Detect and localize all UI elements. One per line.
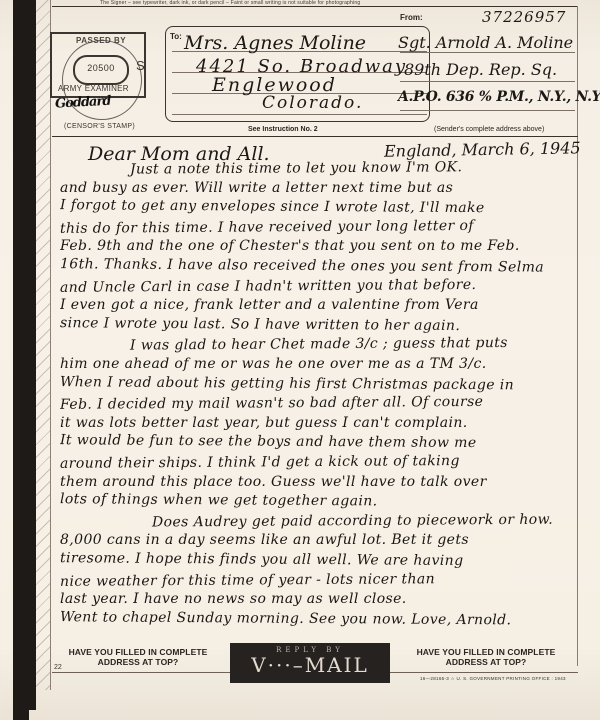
letter-line: I was glad to hear Chet made 3/c ; guess…	[60, 334, 600, 354]
to-label: To:	[170, 32, 182, 41]
letter-line: him one ahead of me or was he one over m…	[60, 356, 580, 372]
stamp-letter: S	[136, 58, 145, 73]
letter-line: I forgot to get any envelopes since I wr…	[60, 197, 580, 217]
footer-address-reminder-right: HAVE YOU FILLED IN COMPLETE ADDRESS AT T…	[416, 647, 556, 667]
sender-apo: A.P.O. 636 % P.M., N.Y., N.Y.	[398, 89, 600, 105]
stamp-army-examiner: ARMY EXAMINER	[58, 84, 129, 93]
recipient-state: Colorado.	[262, 93, 363, 113]
letter-line: When I read about his getting his first …	[60, 374, 580, 394]
address-rule	[400, 110, 575, 111]
vmail-letter-sheet: The Signer – see typewriter, dark ink, o…	[0, 0, 600, 720]
stamp-passed-by: PASSED BY	[76, 36, 126, 45]
letter-line: 8,000 cans in a day seems like an awful …	[60, 532, 580, 548]
letter-line: nice weather for this time of year - lot…	[60, 570, 580, 590]
letter-line: around their ships. I think I'd get a ki…	[60, 452, 580, 472]
address-rule	[400, 52, 575, 53]
address-rule	[172, 114, 427, 115]
letter-line: it was lots better last year, but guess …	[60, 415, 580, 431]
recipient-name: Mrs. Agnes Moline	[184, 32, 366, 54]
censor-stamp-label: (CENSOR'S STAMP)	[64, 123, 135, 130]
letter-line: and Uncle Carl in case I hadn't written …	[60, 276, 580, 296]
letter-line: Went to chapel Sunday morning. See you n…	[60, 609, 580, 629]
vmail-wordmark: V···–MAIL	[230, 654, 390, 676]
sender-address-note: (Sender's complete address above)	[434, 126, 544, 133]
film-edge-notch	[13, 690, 29, 720]
letter-line: I even got a nice, frank letter and a va…	[60, 297, 580, 313]
sender-unit: 89th Dep. Rep. Sq.	[404, 60, 557, 79]
letter-line: It would be fun to see the boys and have…	[60, 433, 580, 453]
letter-line: Just a note this time to let you know I'…	[60, 158, 600, 178]
header-divider	[52, 136, 578, 137]
letter-line: 16th. Thanks. I have also received the o…	[60, 256, 580, 276]
letter-line: and busy as ever. Will write a letter ne…	[60, 180, 580, 196]
film-edge-bar	[13, 0, 36, 710]
letter-place-date: England, March 6, 1945	[384, 138, 581, 160]
vmail-logo: REPLY BY V···–MAIL	[230, 643, 390, 683]
printing-office-imprint: 16—28165-3 ☆ U. S. GOVERNMENT PRINTING O…	[420, 676, 566, 682]
letter-line: Feb. 9th and the one of Chester's that y…	[60, 238, 580, 254]
address-rule	[400, 81, 575, 82]
top-divider	[52, 6, 578, 7]
letter-line: Feb. I decided my mail wasn't so bad aft…	[60, 393, 580, 413]
from-label: From:	[400, 13, 423, 22]
letter-line: Does Audrey get paid according to piecew…	[60, 511, 600, 531]
letter-line: tiresome. I hope this finds you all well…	[60, 550, 580, 570]
stamp-number: 20500	[73, 55, 129, 85]
hatched-margin	[36, 0, 51, 690]
letter-line: since I wrote you last. So I have writte…	[60, 315, 580, 335]
serial-number: 37226957	[482, 8, 566, 26]
footer-address-reminder-left: HAVE YOU FILLED IN COMPLETE ADDRESS AT T…	[68, 647, 208, 667]
form-number: 22	[54, 664, 62, 671]
letter-line: this do for this time. I have received y…	[60, 217, 580, 237]
see-instruction-note: See Instruction No. 2	[248, 126, 318, 133]
letter-line: last year. I have no news so may as well…	[60, 591, 580, 607]
sender-name: Sgt. Arnold A. Moline	[398, 33, 573, 52]
letter-line: lots of things when we get together agai…	[60, 491, 580, 511]
letter-line: them around this place too. Guess we'll …	[60, 474, 580, 490]
